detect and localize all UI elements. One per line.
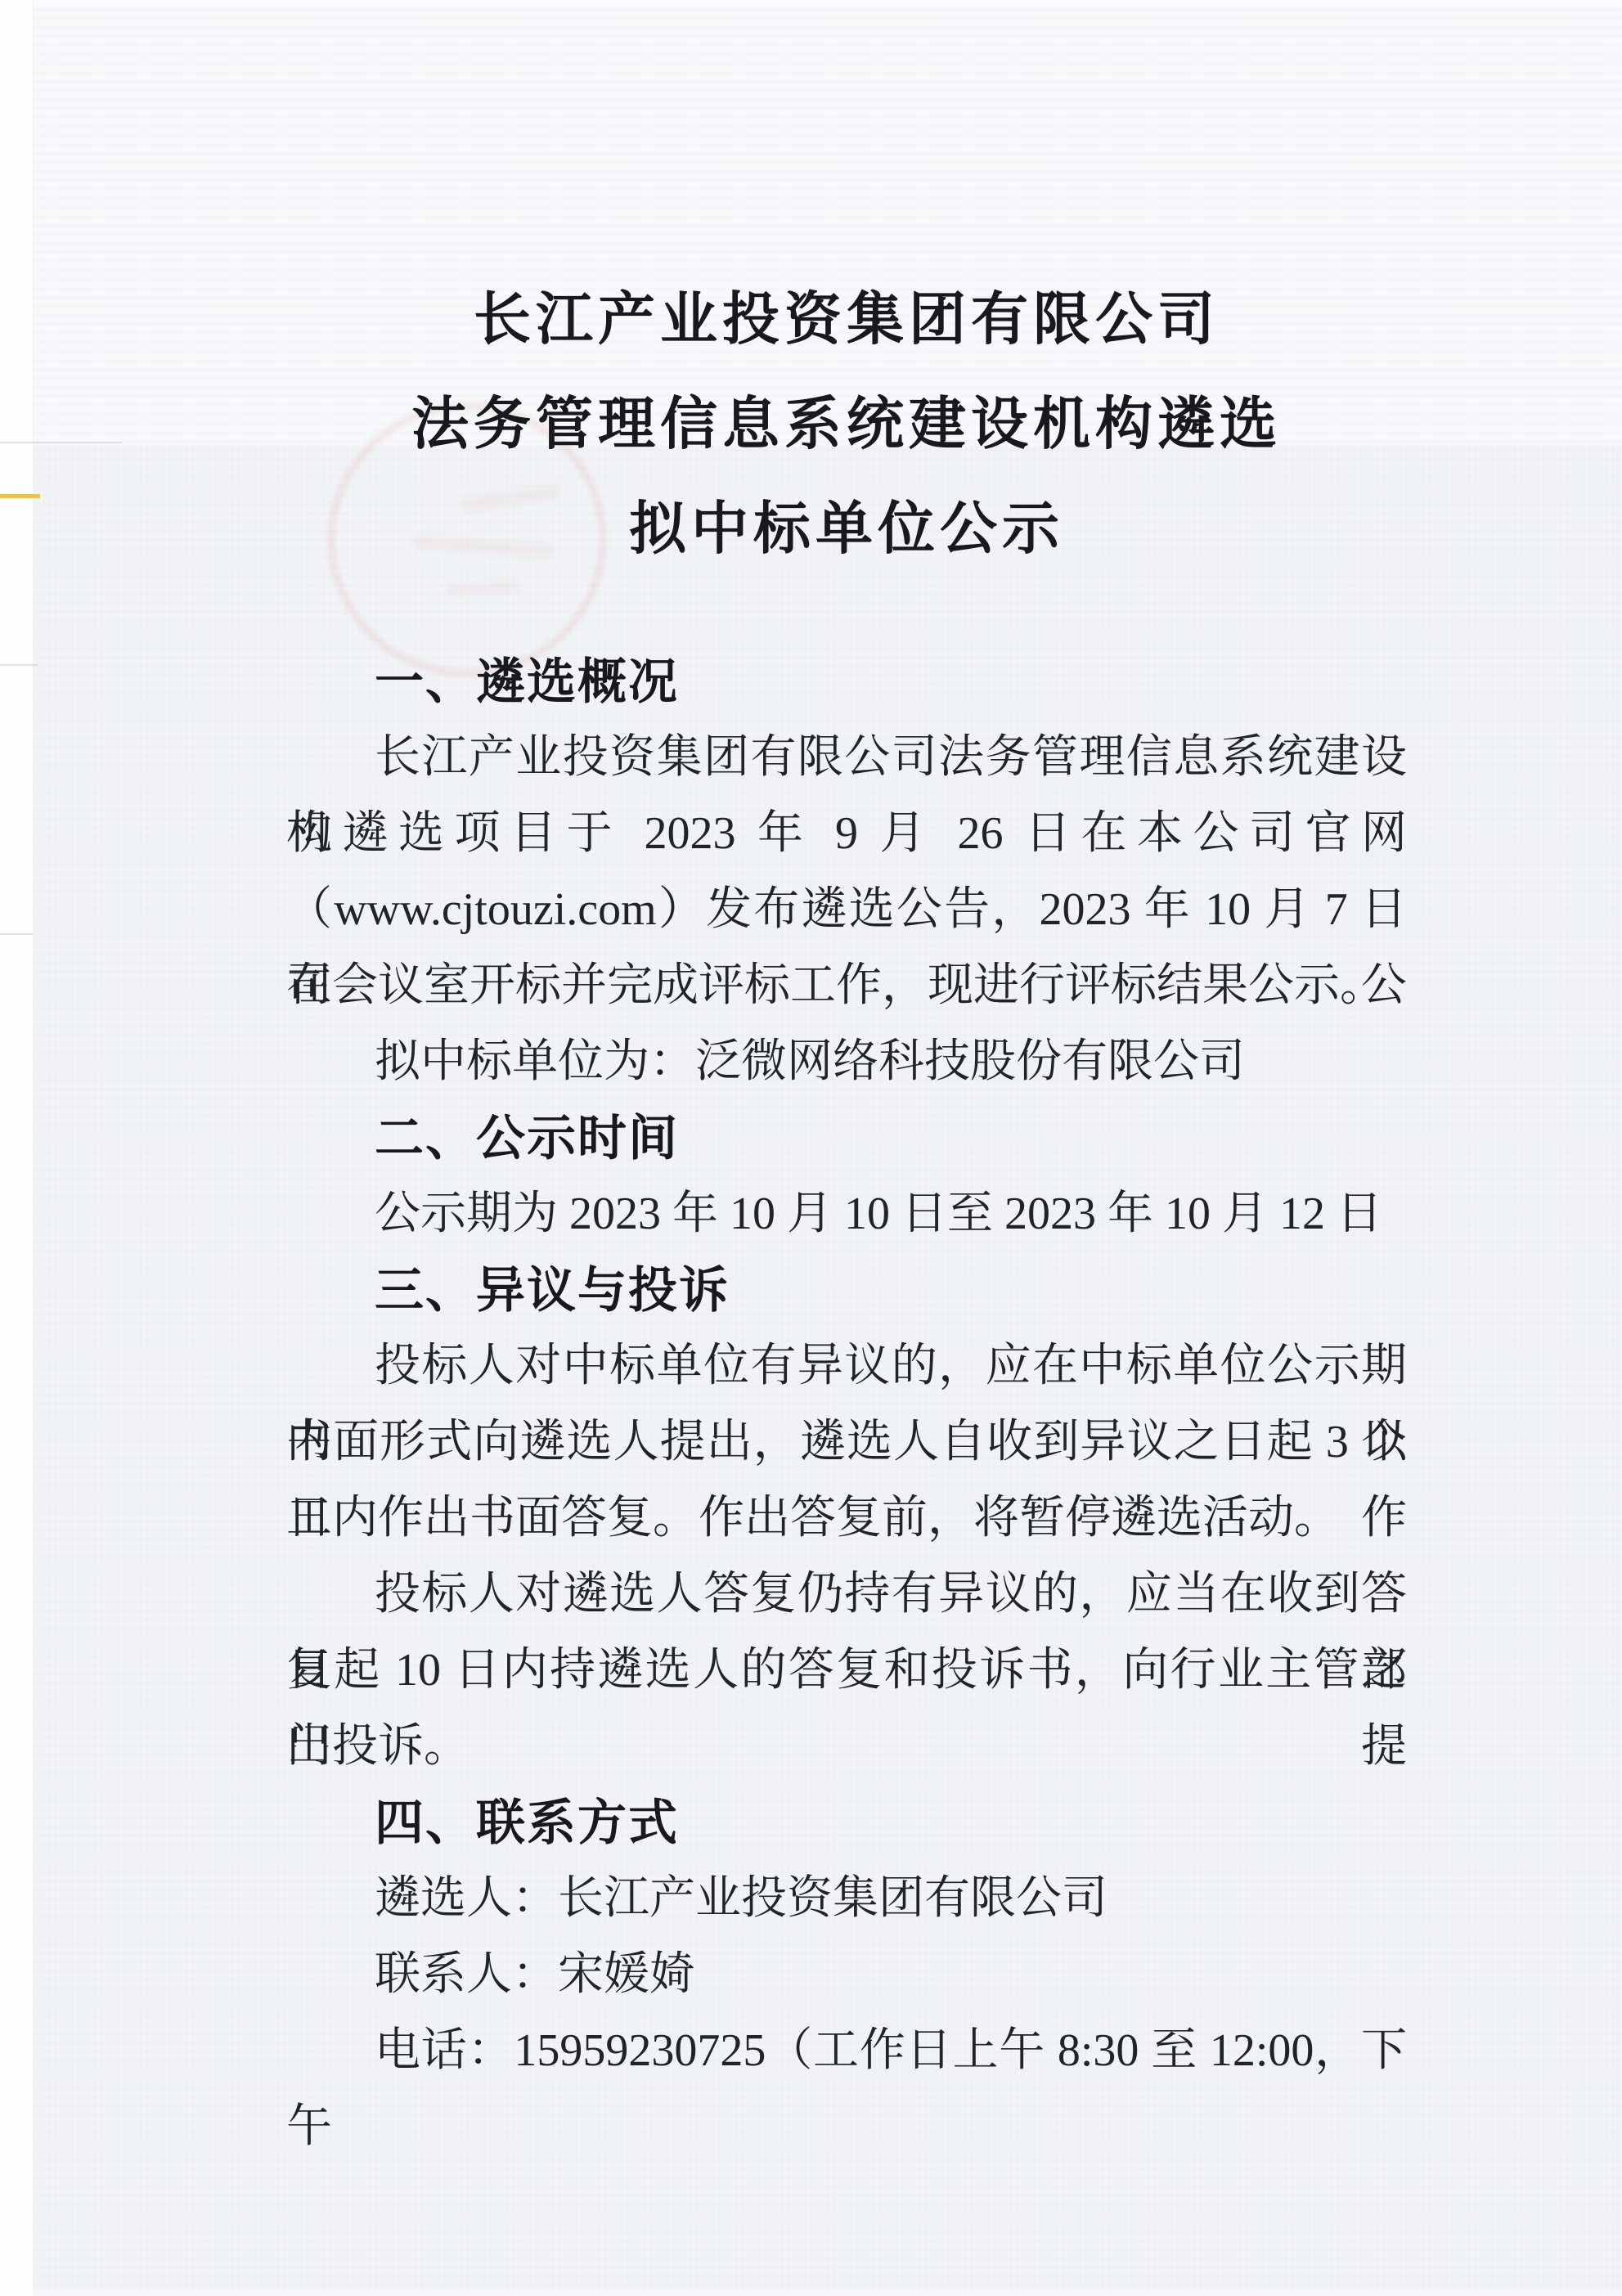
body-line: 书面形式向遴选人提出，遴选人自收到异议之日起 3 个工作 — [286, 1404, 1407, 1480]
doc-title-line-2: 法务管理信息系统建设机构遴选 — [286, 371, 1407, 476]
body-line: 长江产业投资集团有限公司法务管理信息系统建设机 — [286, 720, 1407, 796]
body-line: （www.cjtouzi.com）发布遴选公告，2023 年 10 月 7 日在… — [286, 872, 1407, 948]
body-line: 电话：15959230725（工作日上午 8:30 至 12:00，下午 — [286, 2013, 1407, 2089]
scan-artifact-dash — [0, 664, 38, 666]
scan-artifact-gray-line — [0, 442, 123, 443]
doc-title-line-3: 拟中标单位公示 — [286, 476, 1407, 581]
doc-title-line-1: 长江产业投资集团有限公司 — [286, 267, 1407, 371]
section-heading: 三、异议与投诉 — [286, 1252, 1407, 1328]
body-line: 日内作出书面答复。作出答复前，将暂停遴选活动。 — [286, 1480, 1407, 1557]
scan-bottom-edge — [0, 2288, 1622, 2296]
body-line: 投标人对中标单位有异议的，应在中标单位公示期内以 — [286, 1328, 1407, 1404]
document-title: 长江产业投资集团有限公司 法务管理信息系统建设机构遴选 拟中标单位公示 — [286, 267, 1407, 581]
body-line: 公示期为 2023 年 10 月 10 日至 2023 年 10 月 12 日 — [286, 1176, 1407, 1252]
scan-artifact-dash — [0, 933, 33, 935]
scanner-edge-strip — [0, 0, 34, 2296]
document-body: 一、遴选概况长江产业投资集团有限公司法务管理信息系统建设机构遴选项目于 2023… — [286, 644, 1407, 2089]
body-line: 遴选人：长江产业投资集团有限公司 — [286, 1861, 1407, 1937]
body-line: 司会议室开标并完成评标工作，现进行评标结果公示。 — [286, 948, 1407, 1024]
section-heading: 一、遴选概况 — [286, 644, 1407, 720]
scanned-document-page: 长江产业投资集团有限公司 法务管理信息系统建设机构遴选 拟中标单位公示 一、遴选… — [0, 0, 1622, 2296]
body-line: 投标人对遴选人答复仍持有异议的，应当在收到答复之 — [286, 1557, 1407, 1633]
section-heading: 二、公示时间 — [286, 1100, 1407, 1176]
body-line: 联系人：宋媛婍 — [286, 1937, 1407, 2013]
body-line: 日起 10 日内持遴选人的答复和投诉书，向行业主管部门提 — [286, 1633, 1407, 1709]
scan-artifact-yellow-mark — [0, 494, 40, 498]
section-heading: 四、联系方式 — [286, 1785, 1407, 1861]
body-line: 拟中标单位为：泛微网络科技股份有限公司 — [286, 1024, 1407, 1100]
body-line: 构遴选项目于 2023 年 9 月 26 日在本公司官网 — [286, 796, 1407, 872]
